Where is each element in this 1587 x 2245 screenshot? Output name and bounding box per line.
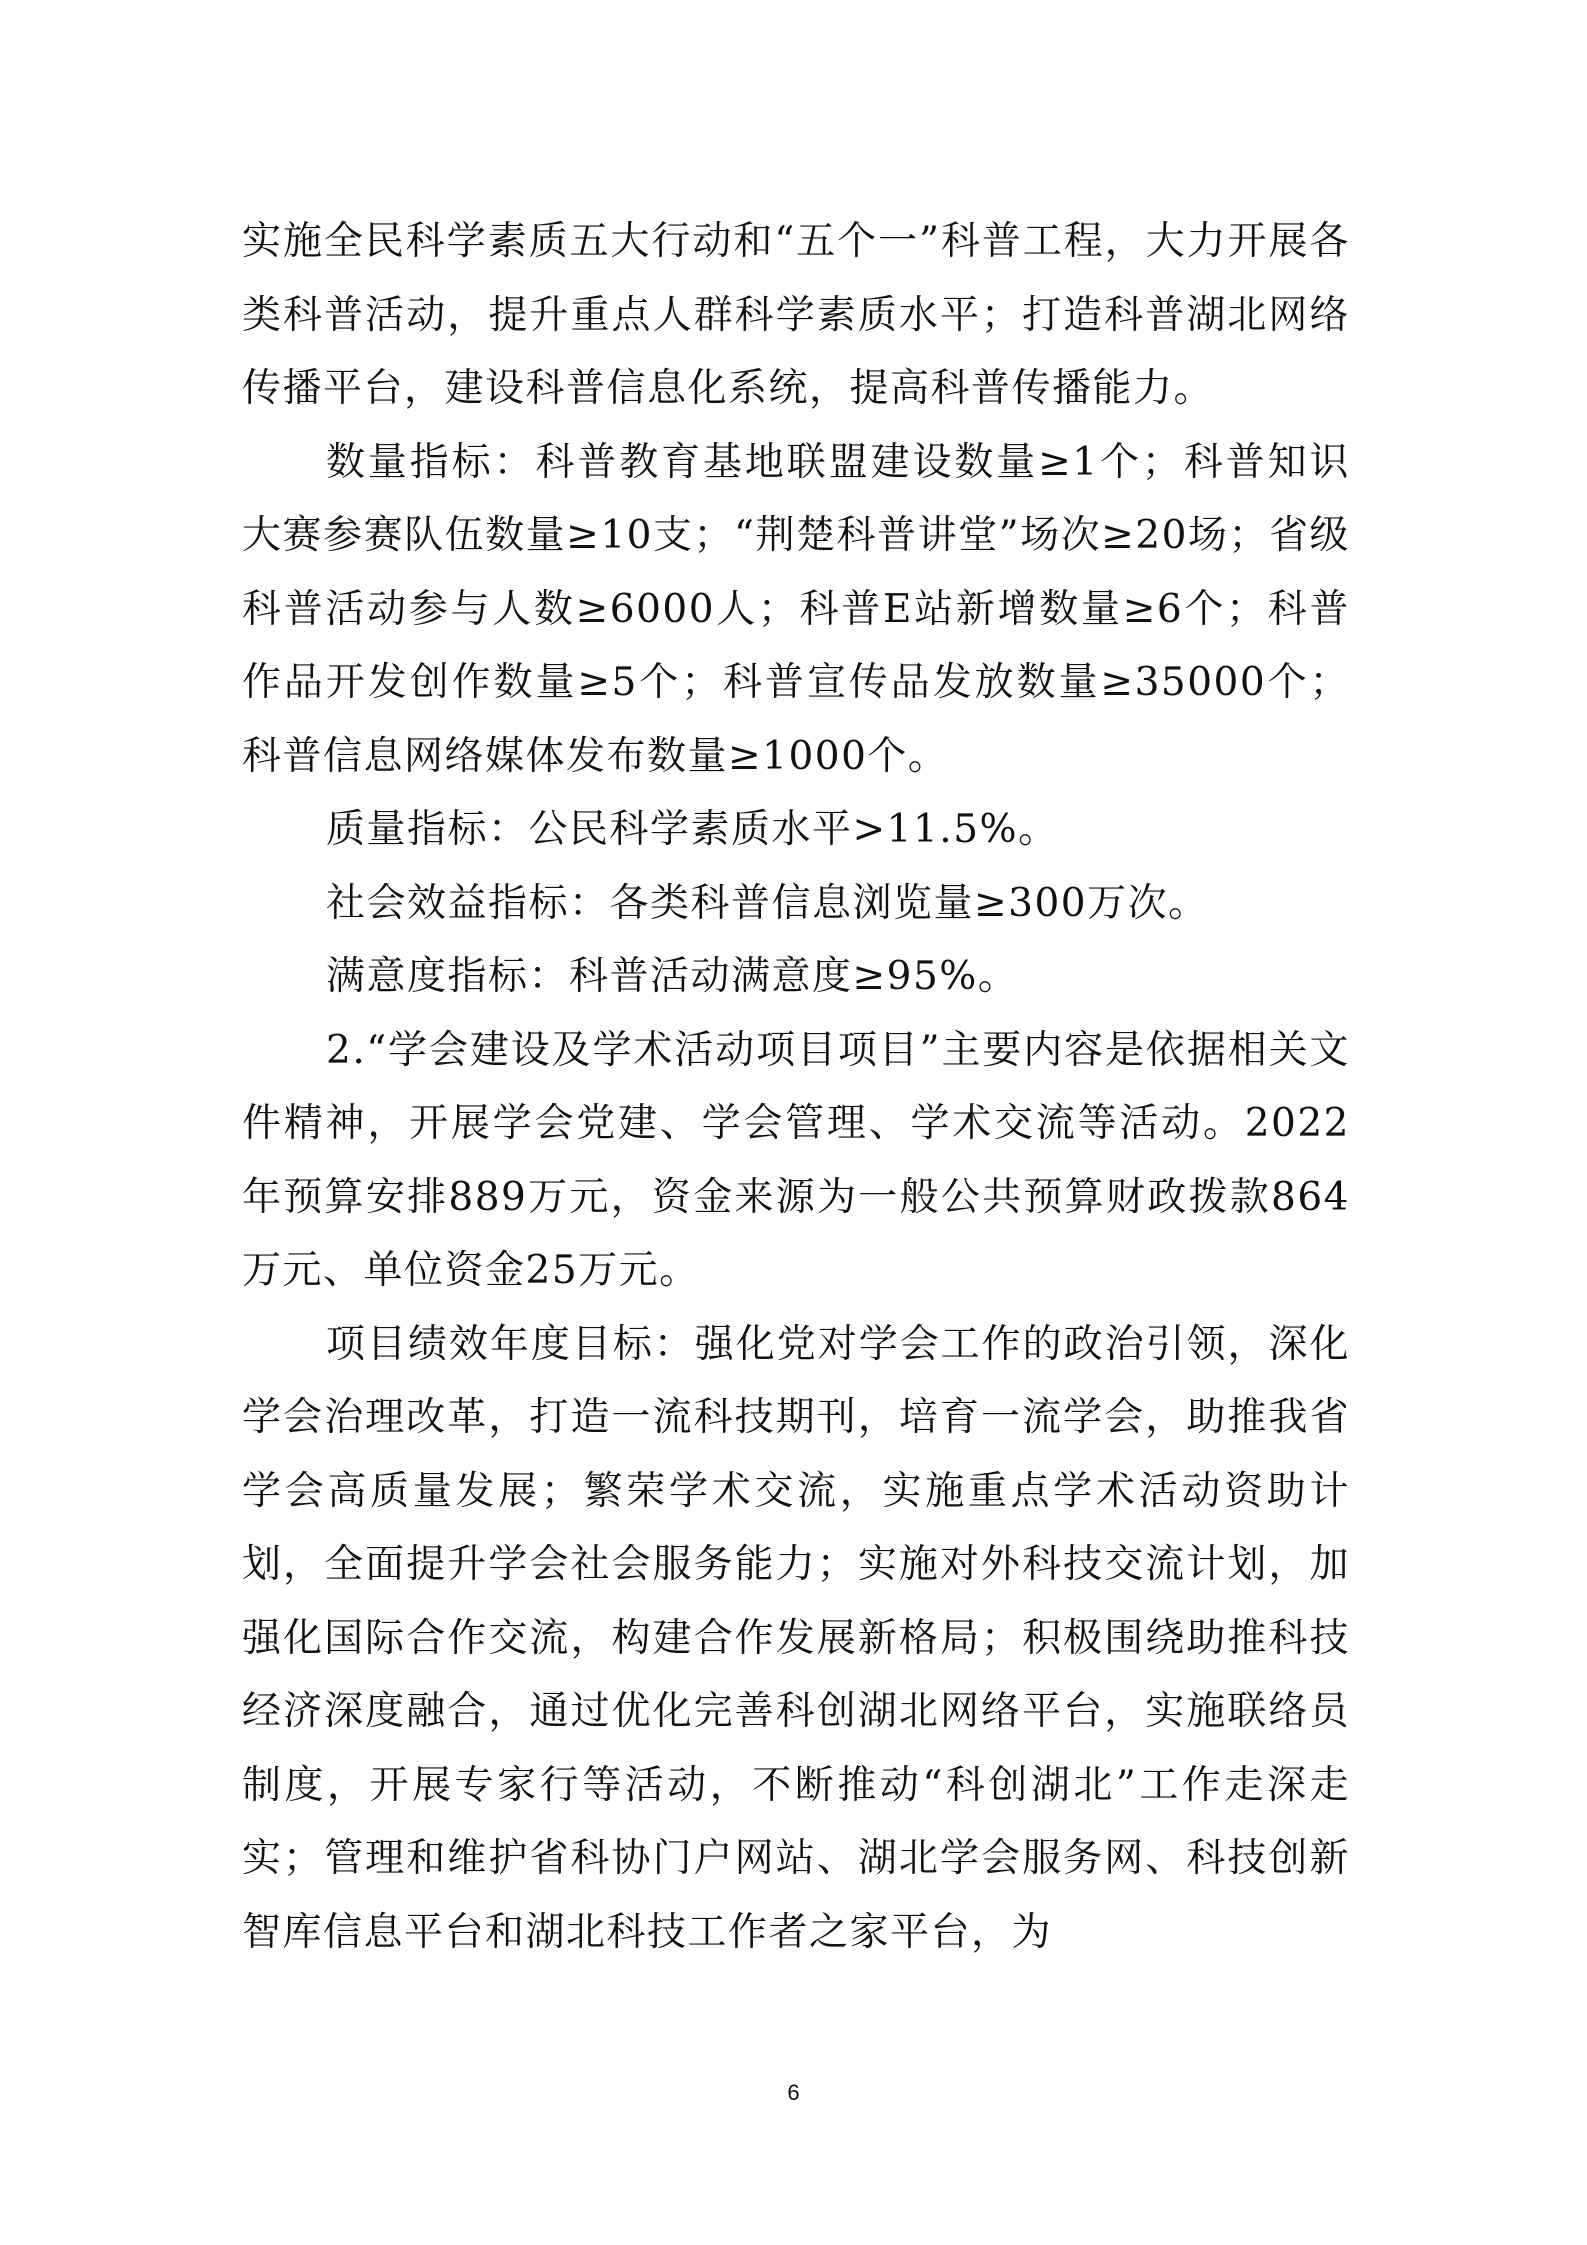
- paragraph-quantity-indicators: 数量指标：科普教育基地联盟建设数量≥1个；科普知识大赛参赛队伍数量≥10支；“荆…: [242, 426, 1350, 794]
- paragraph-society-construction-project: 2.“学会建设及学术活动项目项目”主要内容是依据相关文件精神，开展学会党建、学会…: [242, 1014, 1350, 1308]
- page-number: 6: [0, 2080, 1587, 2106]
- paragraph-social-benefit-indicators: 社会效益指标：各类科普信息浏览量≥300万次。: [242, 867, 1350, 941]
- paragraph-science-popularization-actions: 实施全民科学素质五大行动和“五个一”科普工程，大力开展各类科普活动，提升重点人群…: [242, 205, 1350, 426]
- paragraph-satisfaction-indicators: 满意度指标：科普活动满意度≥95%。: [242, 940, 1350, 1014]
- document-page: 实施全民科学素质五大行动和“五个一”科普工程，大力开展各类科普活动，提升重点人群…: [0, 0, 1587, 2245]
- document-body: 实施全民科学素质五大行动和“五个一”科普工程，大力开展各类科普活动，提升重点人群…: [242, 205, 1350, 1969]
- paragraph-quality-indicators: 质量指标：公民科学素质水平>11.5%。: [242, 793, 1350, 867]
- paragraph-annual-performance-goals: 项目绩效年度目标：强化党对学会工作的政治引领，深化学会治理改革，打造一流科技期刊…: [242, 1308, 1350, 1970]
